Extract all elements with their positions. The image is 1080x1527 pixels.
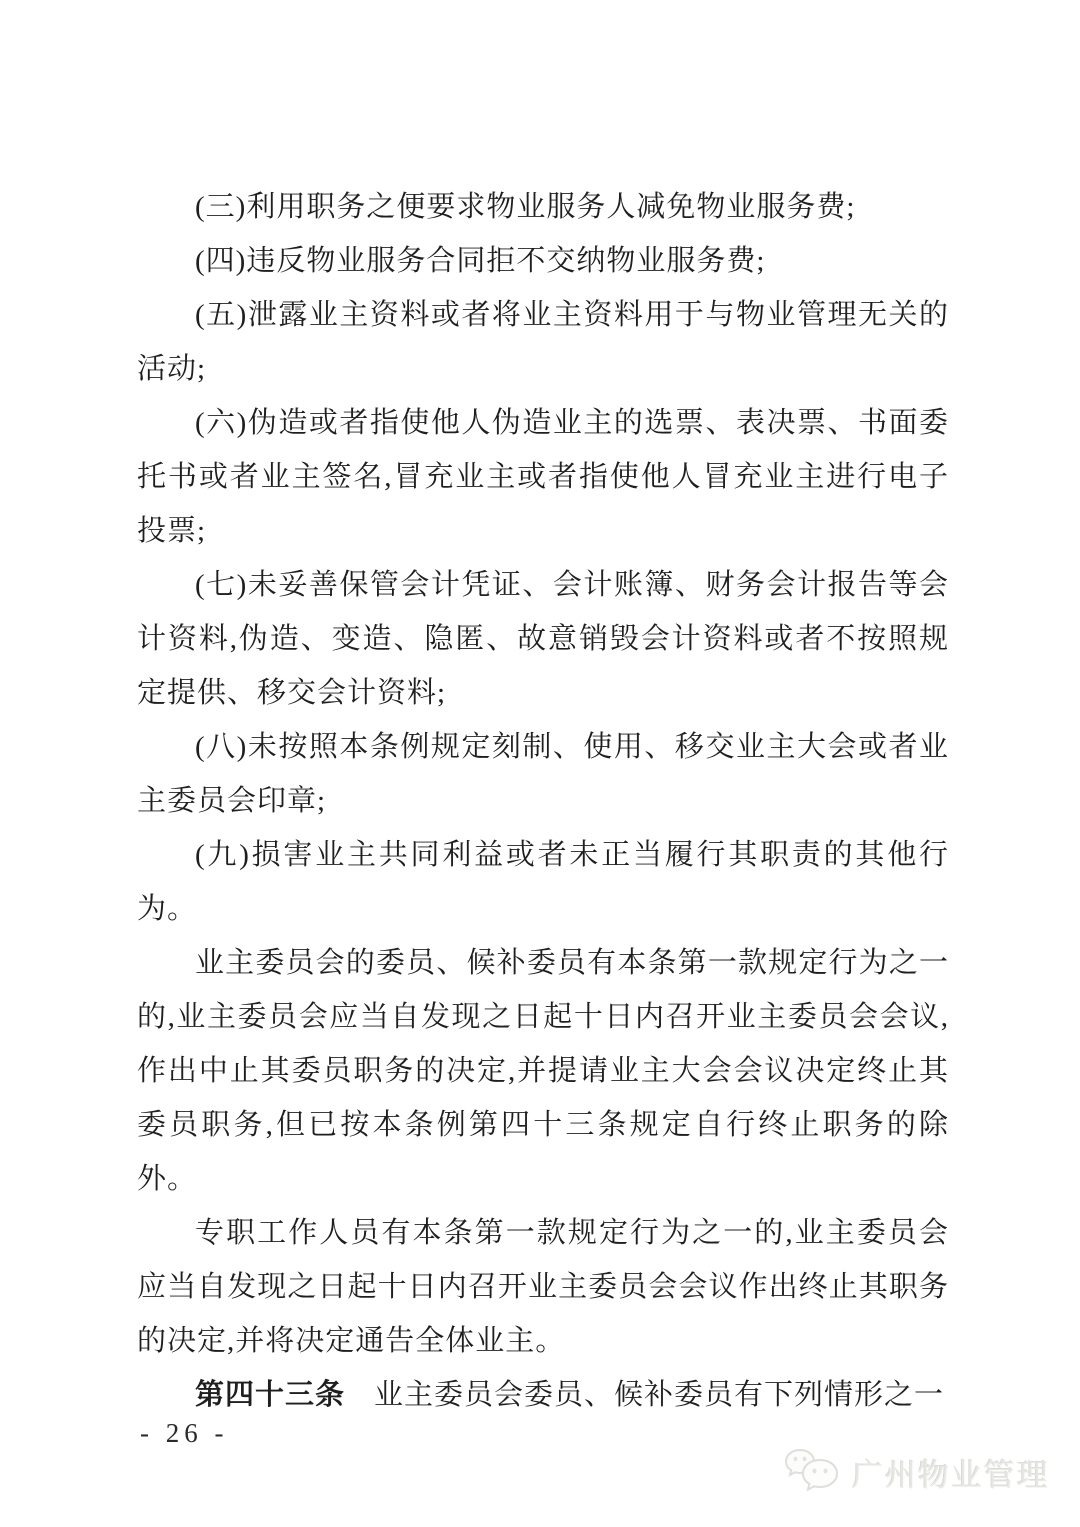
- wechat-icon: [784, 1447, 842, 1497]
- watermark-text: 广州物业管理: [852, 1450, 1050, 1495]
- clause-item-6: (六)伪造或者指使他人伪造业主的选票、表决票、书面委托书或者业主签名,冒充业主或…: [137, 396, 949, 558]
- document-page: (三)利用职务之便要求物业服务人减免物业服务费; (四)违反物业服务合同拒不交纳…: [0, 0, 1080, 1527]
- clause-item-9: (九)损害业主共同利益或者未正当履行其职责的其他行为。: [137, 828, 949, 936]
- clause-item-4: (四)违反物业服务合同拒不交纳物业服务费;: [137, 234, 949, 288]
- paragraph-article-43: 第四十三条业主委员会委员、候补委员有下列情形之一: [137, 1368, 949, 1422]
- clause-item-8: (八)未按照本条例规定刻制、使用、移交业主大会或者业主委员会印章;: [137, 720, 949, 828]
- paragraph-committee-member-removal: 业主委员会的委员、候补委员有本条第一款规定行为之一的,业主委员会应当自发现之日起…: [137, 936, 949, 1206]
- article-43-text: 业主委员会委员、候补委员有下列情形之一: [374, 1379, 944, 1411]
- page-number: - 26 -: [140, 1418, 228, 1449]
- clause-item-5: (五)泄露业主资料或者将业主资料用于与物业管理无关的活动;: [137, 288, 949, 396]
- article-43-heading: 第四十三条: [195, 1379, 345, 1411]
- clause-item-3: (三)利用职务之便要求物业服务人减免物业服务费;: [137, 180, 949, 234]
- watermark: 广州物业管理: [784, 1447, 1050, 1497]
- paragraph-staff-removal: 专职工作人员有本条第一款规定行为之一的,业主委员会应当自发现之日起十日内召开业主…: [137, 1206, 949, 1368]
- clause-item-7: (七)未妥善保管会计凭证、会计账簿、财务会计报告等会计资料,伪造、变造、隐匿、故…: [137, 558, 949, 720]
- document-body: (三)利用职务之便要求物业服务人减免物业服务费; (四)违反物业服务合同拒不交纳…: [137, 180, 949, 1422]
